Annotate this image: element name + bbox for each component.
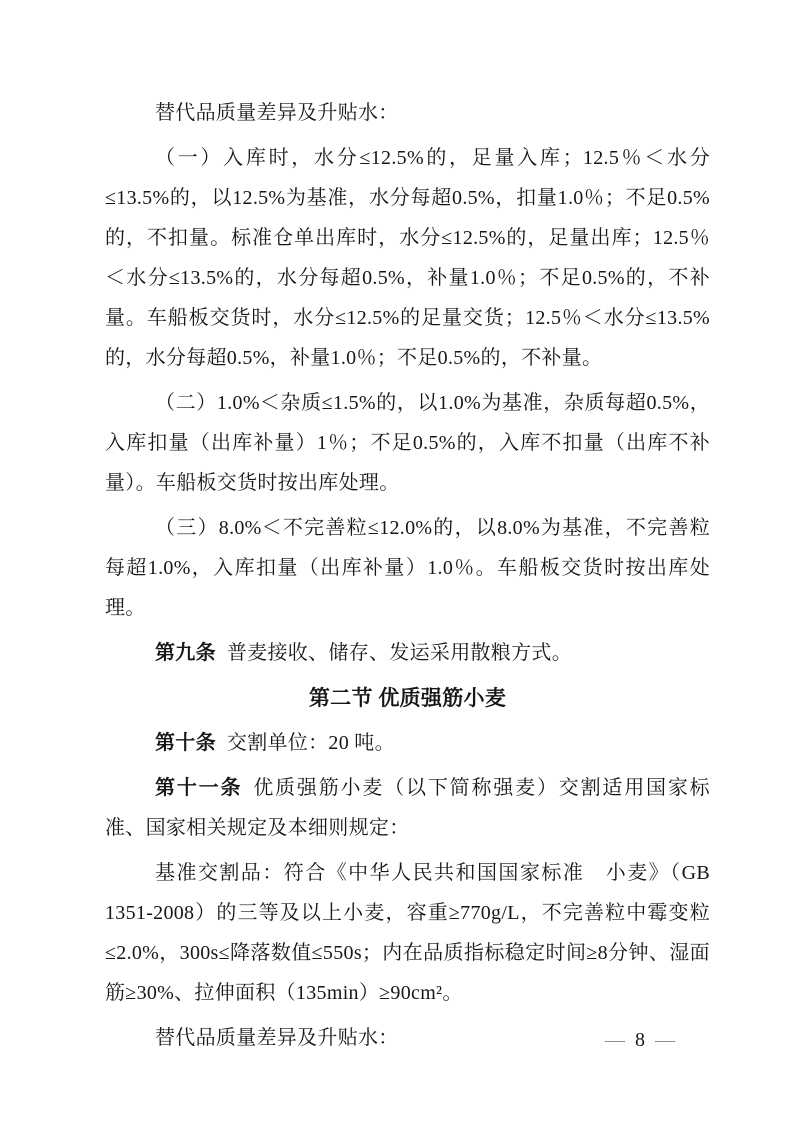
intro-line: 替代品质量差异及升贴水： <box>105 93 710 133</box>
article-11-label: 第十一条 <box>155 777 242 799</box>
page-number: —8— <box>605 1028 675 1052</box>
article-9: 第九条普麦接收、储存、发运采用散粮方式。 <box>105 633 710 673</box>
article-9-label: 第九条 <box>155 642 216 664</box>
item-three-unsound-kernel-rule: （三）8.0%＜不完善粒≤12.0%的，以8.0%为基准，不完善粒每超1.0%，… <box>105 508 710 628</box>
item-two-impurity-rule: （二）1.0%＜杂质≤1.5%的，以1.0%为基准，杂质每超0.5%，入库扣量（… <box>105 383 710 503</box>
page-number-dash-left: — <box>605 1029 625 1051</box>
article-11: 第十一条优质强筋小麦（以下简称强麦）交割适用国家标准、国家相关规定及本细则规定： <box>105 768 710 848</box>
article-10: 第十条交割单位：20 吨。 <box>105 723 710 763</box>
page-number-value: 8 <box>635 1029 645 1051</box>
section-heading: 第二节 优质强筋小麦 <box>105 678 710 718</box>
item-one-moisture-rule: （一）入库时，水分≤12.5%的，足量入库；12.5％＜水分≤13.5%的，以1… <box>105 138 710 378</box>
benchmark-deliverable-para: 基准交割品：符合《中华人民共和国国家标准 小麦》（GB 1351-2008）的三… <box>105 853 710 1013</box>
article-10-label: 第十条 <box>155 732 216 754</box>
document-page: 替代品质量差异及升贴水： （一）入库时，水分≤12.5%的，足量入库；12.5％… <box>0 0 793 1122</box>
page-number-dash-right: — <box>655 1029 675 1051</box>
article-9-text: 普麦接收、储存、发运采用散粮方式。 <box>227 642 572 664</box>
article-10-text: 交割单位：20 吨。 <box>227 732 395 754</box>
